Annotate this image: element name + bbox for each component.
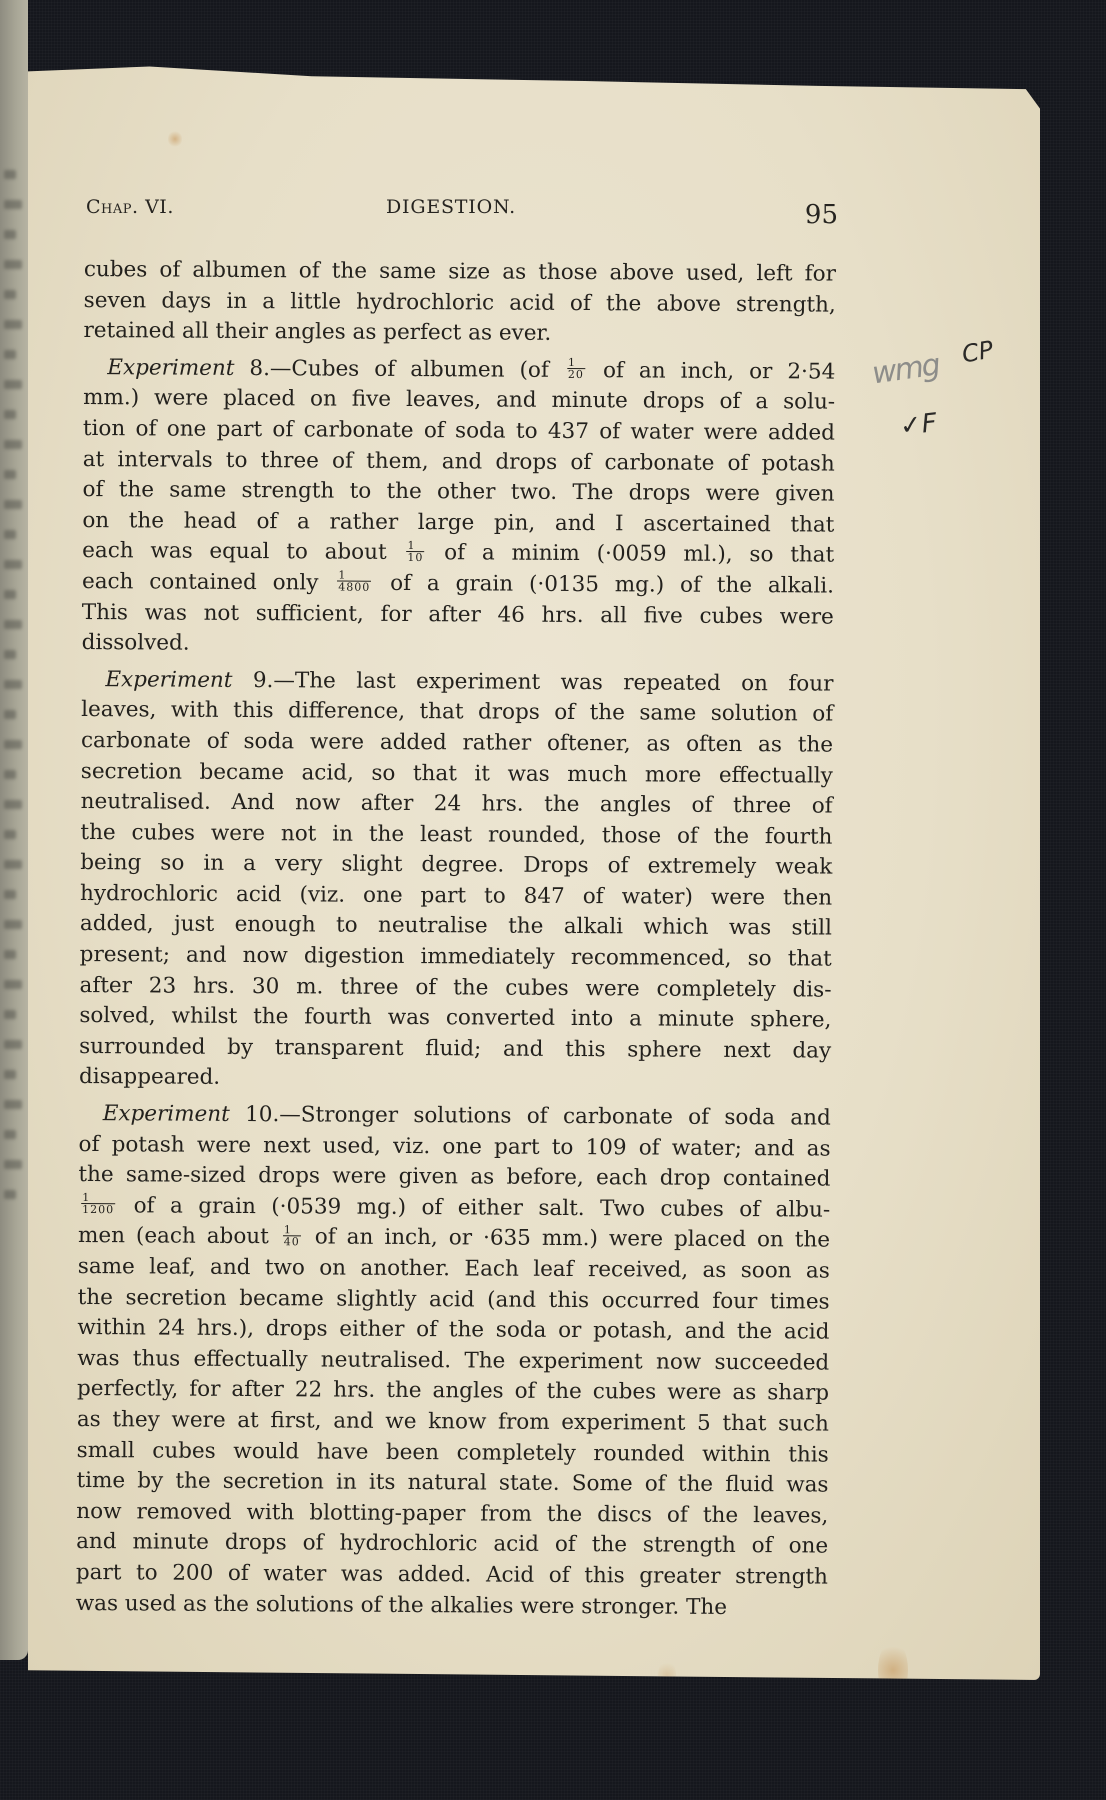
ghost-text bbox=[4, 230, 16, 239]
text-line: of the same strength to the other two. T… bbox=[82, 475, 834, 510]
fraction: 140 bbox=[283, 1224, 301, 1247]
ghost-text bbox=[4, 860, 22, 869]
text-line: at intervals to three of them, and drops… bbox=[83, 445, 835, 480]
text-line: seven days in a little hydrochloric acid… bbox=[84, 286, 836, 321]
text-line: solved, whilst the fourth was converted … bbox=[79, 1001, 831, 1036]
ghost-text bbox=[4, 830, 16, 839]
ghost-text bbox=[4, 1070, 16, 1079]
text-line: tion of one part of carbonate of soda to… bbox=[83, 414, 835, 449]
text-line: the secretion became slightly acid (and … bbox=[78, 1283, 830, 1318]
ghost-text bbox=[4, 890, 16, 899]
ghost-text bbox=[4, 1040, 22, 1049]
text-line: being so in a very slight degree. Drops … bbox=[80, 848, 832, 883]
text-line: disappeared. bbox=[79, 1062, 831, 1097]
experiment-label: Experiment bbox=[107, 355, 234, 381]
ghost-text bbox=[4, 290, 16, 299]
fraction: 110 bbox=[406, 540, 424, 563]
text-line: each was equal to about 110 of a minim (… bbox=[82, 536, 834, 571]
body-text: cubes of albumen of the same size as tho… bbox=[76, 255, 836, 1624]
text-line: neutralised. And now after 24 hrs. the a… bbox=[81, 787, 833, 822]
ghost-text bbox=[4, 980, 22, 989]
ghost-text bbox=[4, 260, 22, 269]
ghost-text bbox=[4, 470, 16, 479]
text-line: hydrochloric acid (viz. one part to 847 … bbox=[80, 879, 832, 914]
ghost-text bbox=[4, 350, 16, 359]
text-line: added, just enough to neutralise the alk… bbox=[80, 909, 832, 944]
text-line: now removed with blotting-paper from the… bbox=[76, 1497, 828, 1532]
experiment-label: Experiment bbox=[103, 1101, 230, 1127]
text-line: on the head of a rather large pin, and I… bbox=[82, 506, 834, 541]
ghost-text bbox=[4, 200, 22, 209]
text-line: same leaf, and two on another. Each leaf… bbox=[78, 1252, 830, 1287]
chapter-title: DIGESTION. bbox=[386, 196, 516, 218]
ghost-text bbox=[4, 560, 22, 569]
text-line: small cubes would have been completely r… bbox=[77, 1436, 829, 1471]
ghost-text bbox=[4, 440, 22, 449]
ghost-text bbox=[4, 530, 16, 539]
text-line: leaves, with this difference, that drops… bbox=[81, 695, 833, 730]
text-line: cubes of albumen of the same size as tho… bbox=[84, 255, 836, 290]
fraction: 120 bbox=[567, 357, 585, 380]
ghost-text bbox=[4, 170, 16, 179]
running-head: Chap. VI. DIGESTION. 95 bbox=[86, 196, 838, 236]
ghost-text bbox=[4, 590, 16, 599]
ghost-text bbox=[4, 1130, 16, 1139]
ghost-text bbox=[4, 740, 22, 749]
ghost-text bbox=[4, 770, 16, 779]
paragraph-continuation: cubes of albumen of the same size as tho… bbox=[83, 255, 836, 351]
fraction: 14800 bbox=[337, 570, 371, 593]
text-line: retained all their angles as perfect as … bbox=[83, 316, 835, 351]
text-line: and minute drops of hydrochloric acid of… bbox=[76, 1527, 828, 1562]
text-line: part to 200 of water was added. Acid of … bbox=[76, 1558, 828, 1593]
text-line: 11200 of a grain (·0539 mg.) of either s… bbox=[78, 1191, 830, 1226]
ghost-text bbox=[4, 500, 22, 509]
ghost-text bbox=[4, 920, 22, 929]
paragraph-experiment-10: Experiment 10.—Stronger solutions of car… bbox=[76, 1099, 831, 1624]
ghost-text bbox=[4, 950, 16, 959]
ghost-text bbox=[4, 710, 16, 719]
text-line: as they were at first, and we know from … bbox=[77, 1405, 829, 1440]
text-line: was used as the solutions of the alkalie… bbox=[76, 1589, 828, 1624]
ghost-text bbox=[4, 380, 22, 389]
text-line: of potash were next used, viz. one part … bbox=[78, 1130, 830, 1165]
ghost-text bbox=[4, 650, 16, 659]
page-number: 95 bbox=[805, 200, 838, 230]
paragraph-experiment-8: Experiment 8.—Cubes of albumen (of 120 o… bbox=[82, 353, 836, 664]
fraction: 11200 bbox=[81, 1192, 115, 1215]
ghost-text bbox=[4, 680, 22, 689]
text-line: surrounded by transparent fluid; and thi… bbox=[79, 1032, 831, 1067]
ghost-text bbox=[4, 1100, 22, 1109]
chapter-label: Chap. VI. bbox=[86, 196, 174, 218]
ghost-text bbox=[4, 620, 22, 629]
text-line: perfectly, for after 22 hrs. the angles … bbox=[77, 1374, 829, 1409]
text-line: Experiment 9.—The last experiment was re… bbox=[81, 665, 833, 700]
text-line: the cubes were not in the least rounded,… bbox=[80, 818, 832, 853]
experiment-label: Experiment bbox=[105, 667, 232, 693]
ghost-text bbox=[4, 410, 16, 419]
text-line: Experiment 10.—Stronger solutions of car… bbox=[79, 1099, 831, 1134]
ghost-text bbox=[4, 320, 22, 329]
previous-page-edge bbox=[0, 0, 28, 1660]
text-line: This was not sufficient, for after 46 hr… bbox=[82, 598, 834, 633]
text-line: each contained only 14800 of a grain (·0… bbox=[82, 567, 834, 602]
text-line: was thus effectually neutralised. The ex… bbox=[77, 1344, 829, 1379]
text-line: secretion became acid, so that it was mu… bbox=[81, 756, 833, 791]
text-line: dissolved. bbox=[82, 628, 834, 663]
text-line: after 23 hrs. 30 m. three of the cubes w… bbox=[79, 971, 831, 1006]
text-line: men (each about 140 of an inch, or ·635 … bbox=[78, 1221, 830, 1256]
margin-note-check: ✓F bbox=[899, 408, 939, 442]
paragraph-experiment-9: Experiment 9.—The last experiment was re… bbox=[79, 665, 834, 1098]
text-line: time by the secretion in its natural sta… bbox=[76, 1466, 828, 1501]
text-line: mm.) were placed on five leaves, and min… bbox=[83, 383, 835, 418]
text-line: carbonate of soda were added rather ofte… bbox=[81, 726, 833, 761]
foxing-stain bbox=[168, 130, 182, 148]
text-line: within 24 hrs.), drops either of the sod… bbox=[77, 1313, 829, 1348]
ghost-text bbox=[4, 1160, 22, 1169]
margin-note-ink: CP bbox=[960, 336, 996, 369]
ghost-text bbox=[4, 1010, 16, 1019]
ghost-text bbox=[4, 1190, 16, 1199]
ghost-text bbox=[4, 800, 22, 809]
text-line: Experiment 8.—Cubes of albumen (of 120 o… bbox=[83, 353, 835, 388]
text-line: the same-sized drops were given as befor… bbox=[78, 1160, 830, 1195]
text-line: present; and now digestion immediately r… bbox=[80, 940, 832, 975]
